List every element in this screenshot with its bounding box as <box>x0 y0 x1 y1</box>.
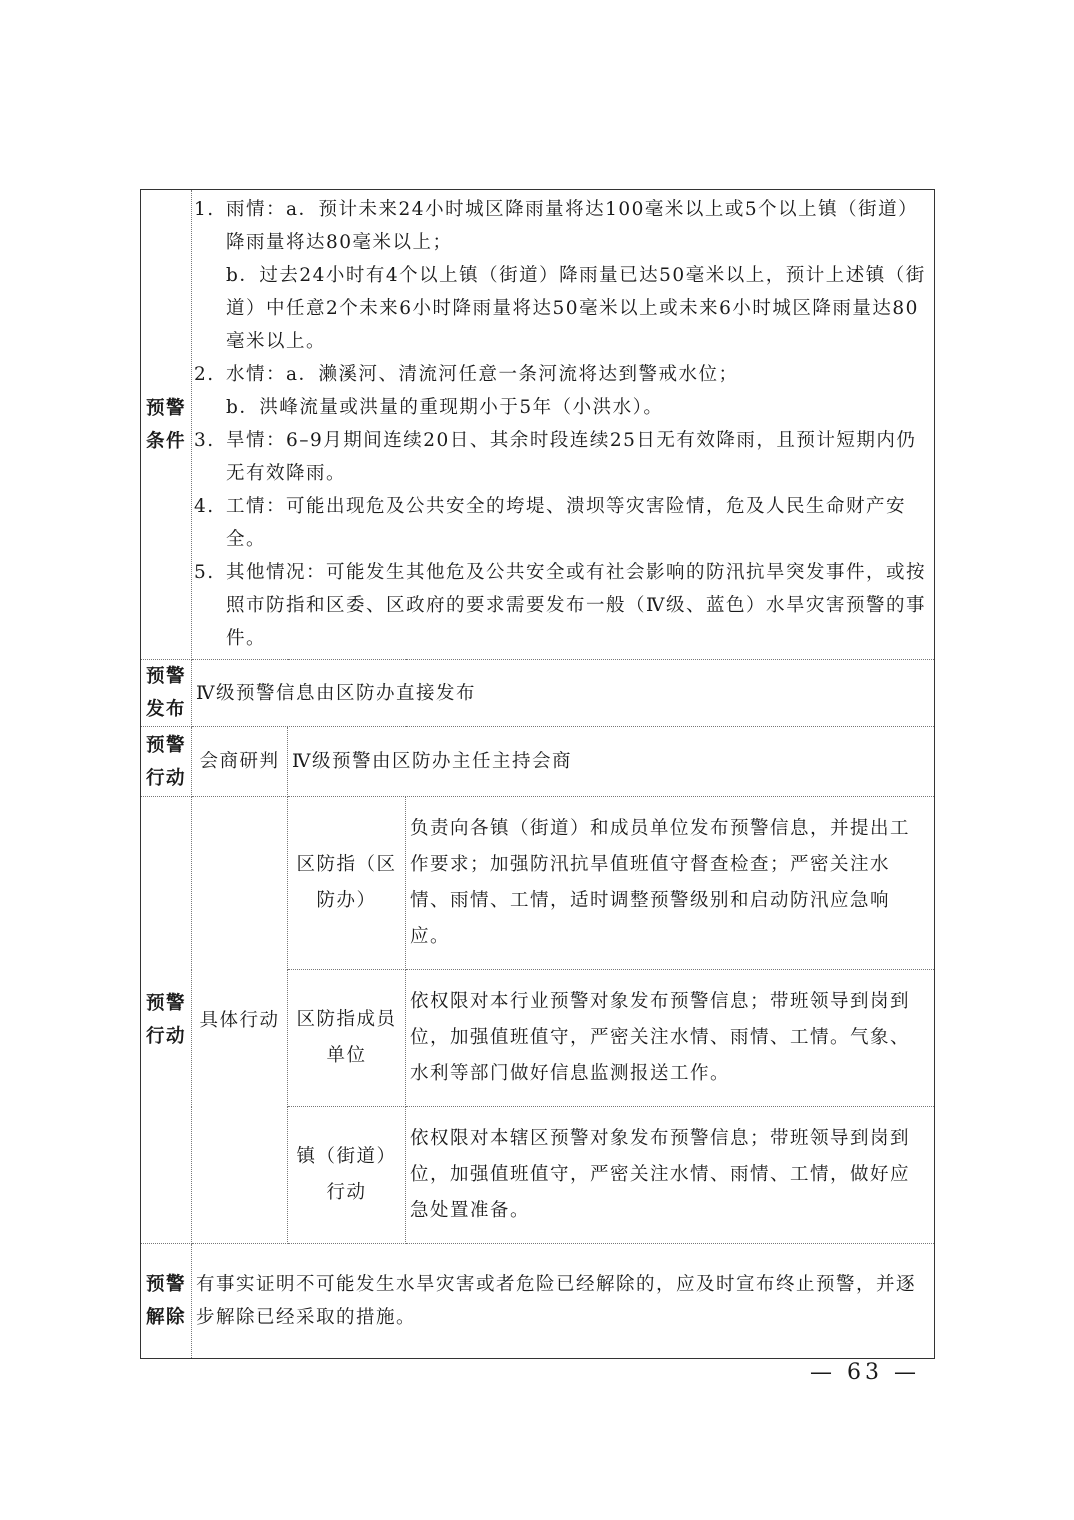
lift-text: 有事实证明不可能发生水旱灾害或者危险已经解除的，应及时宣布终止预警，并逐步解除已… <box>192 1244 935 1359</box>
actor-member-units-text: 依权限对本行业预警对象发布预警信息；带班领导到岗到位，加强值班值守，严密关注水情… <box>406 970 935 1107</box>
condition-item-rain: 1. 雨情：a．预计未来24小时城区降雨量将达100毫米以上或5个以上镇（街道）… <box>194 193 932 259</box>
actor-district-office-text: 负责向各镇（街道）和成员单位发布预警信息，并提出工作要求；加强防汛抗旱值班值守督… <box>406 797 935 970</box>
actor-member-units: 区防指成员单位 <box>288 970 406 1107</box>
lift-label: 预警解除 <box>141 1244 192 1359</box>
condition-item-other: 5. 其他情况：可能发生其他危及公共安全或有社会影响的防汛抗旱突发事件，或按照市… <box>194 556 932 655</box>
consult-text: Ⅳ级预警由区防办主任主持会商 <box>288 727 935 797</box>
actions-sub-label: 具体行动 <box>192 797 288 1244</box>
consult-sub-label: 会商研判 <box>192 727 288 797</box>
action-row-district: 预警行动 具体行动 区防指（区防办） 负责向各镇（街道）和成员单位发布预警信息，… <box>141 797 935 970</box>
condition-item-water-b: b．洪峰流量或洪量的重现期小于5年（小洪水）。 <box>194 391 932 424</box>
consult-row: 预警行动 会商研判 Ⅳ级预警由区防办主任主持会商 <box>141 727 935 797</box>
conditions-label: 预警条件 <box>141 190 192 660</box>
conditions-content: 1. 雨情：a．预计未来24小时城区降雨量将达100毫米以上或5个以上镇（街道）… <box>192 190 935 660</box>
condition-item-drought: 3. 旱情：6–9月期间连续20日、其余时段连续25日无有效降雨，且预计短期内仍… <box>194 424 932 490</box>
release-text: Ⅳ级预警信息由区防办直接发布 <box>192 660 935 727</box>
release-label: 预警发布 <box>141 660 192 727</box>
condition-item-water: 2. 水情：a．濑溪河、清流河任意一条河流将达到警戒水位； <box>194 358 932 391</box>
condition-item-rain-b: b．过去24小时有4个以上镇（街道）降雨量已达50毫米以上，预计上述镇（街道）中… <box>194 259 932 358</box>
actor-towns-text: 依权限对本辖区预警对象发布预警信息；带班领导到岗到位，加强值班值守，严密关注水情… <box>406 1107 935 1244</box>
actions-label: 预警行动 <box>141 797 192 1244</box>
actor-district-office: 区防指（区防办） <box>288 797 406 970</box>
condition-item-engineering: 4. 工情：可能出现危及公共安全的垮堤、溃坝等灾害险情，危及人民生命财产安全。 <box>194 490 932 556</box>
page-number: — 63 — <box>810 1360 920 1385</box>
conditions-row: 预警条件 1. 雨情：a．预计未来24小时城区降雨量将达100毫米以上或5个以上… <box>141 190 935 660</box>
consult-label: 预警行动 <box>141 727 192 797</box>
lift-row: 预警解除 有事实证明不可能发生水旱灾害或者危险已经解除的，应及时宣布终止预警，并… <box>141 1244 935 1359</box>
release-row: 预警发布 Ⅳ级预警信息由区防办直接发布 <box>141 660 935 727</box>
actor-towns: 镇（街道）行动 <box>288 1107 406 1244</box>
warning-table: 预警条件 1. 雨情：a．预计未来24小时城区降雨量将达100毫米以上或5个以上… <box>140 189 935 1359</box>
